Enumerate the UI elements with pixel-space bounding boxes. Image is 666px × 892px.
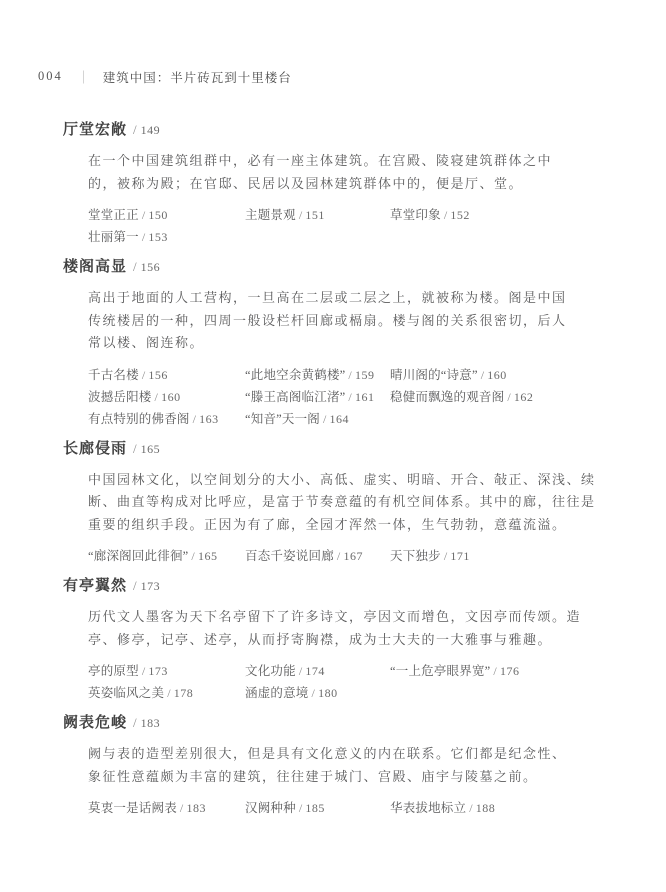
toc-entry: 英姿临风之美/178 xyxy=(88,682,245,704)
toc-entry: 晴川阁的“诗意”/160 xyxy=(390,364,623,386)
toc-entry: 有点特别的佛香阁/163 xyxy=(88,408,245,430)
entry-separator: / xyxy=(337,549,341,563)
toc-entry: “知音”天一阁/164 xyxy=(245,408,390,430)
toc-entry-page: 160 xyxy=(161,390,181,404)
toc-entry-label: 亭的原型 xyxy=(88,664,139,678)
toc-entry-page: 150 xyxy=(148,208,168,222)
section-page-number: 183 xyxy=(141,716,161,730)
section-page-number: 165 xyxy=(141,442,161,456)
entry-separator: / xyxy=(142,664,146,678)
toc-entry-page: 183 xyxy=(186,801,206,815)
section-description: 中国园林文化，以空间划分的大小、高低、虚实、明暗、开合、敧正、深浅、续 断、曲直… xyxy=(88,469,600,537)
toc-entry: 壮丽第一/153 xyxy=(88,226,245,248)
description-line: 断、曲直等构成对比呼应，是富于节奏意蕴的有机空间体系。其中的廊，往往是 xyxy=(88,491,600,514)
toc-entry-label: “廊深阁回此徘徊” xyxy=(88,549,188,563)
toc-entry: 亭的原型/173 xyxy=(88,660,245,682)
toc-entry-page: 178 xyxy=(174,686,194,700)
toc-entry: “一上危亭眼界宽”/176 xyxy=(390,660,623,682)
toc-entry-page: 167 xyxy=(343,549,363,563)
title-separator: / xyxy=(133,122,137,137)
entry-separator: / xyxy=(469,801,473,815)
toc-entry: 文化功能/174 xyxy=(245,660,390,682)
section-title-text: 楼阁高显 xyxy=(63,258,127,275)
section-title: 楼阁高显/156 xyxy=(63,257,623,277)
toc-entry-page: 174 xyxy=(305,664,325,678)
title-separator: / xyxy=(133,578,137,593)
toc-entry: 堂堂正正/150 xyxy=(88,204,245,226)
entry-separator: / xyxy=(323,412,327,426)
entry-separator: / xyxy=(299,208,303,222)
toc-entry-label: 稳健而飘逸的观音阁 xyxy=(390,390,504,404)
toc-section-changlang: 长廊侵雨/165 中国园林文化，以空间划分的大小、高低、虚实、明暗、开合、敧正、… xyxy=(63,439,623,568)
toc-entry-page: 151 xyxy=(305,208,325,222)
toc-entry: 波撼岳阳楼/160 xyxy=(88,386,245,408)
toc-entry: 草堂印象/152 xyxy=(390,204,623,226)
entry-separator: / xyxy=(180,801,184,815)
section-description: 历代文人墨客为天下名亭留下了许多诗文，亭因文而增色，文因亭而传颂。造 亭、修亭，… xyxy=(88,606,600,651)
toc-entry-page: 160 xyxy=(487,368,507,382)
toc-entry-label: 千古名楼 xyxy=(88,368,139,382)
section-description: 在一个中国建筑组群中，必有一座主体建筑。在宫殿、陵寝建筑群体之中 的，被称为殿；… xyxy=(88,150,600,195)
entry-separator: / xyxy=(312,686,316,700)
toc-section-youting: 有亭翼然/173 历代文人墨客为天下名亭留下了许多诗文，亭因文而增色，文因亭而传… xyxy=(63,576,623,704)
toc-entry-label: “一上危亭眼界宽” xyxy=(390,664,490,678)
description-line: 在一个中国建筑组群中，必有一座主体建筑。在宫殿、陵寝建筑群体之中 xyxy=(88,150,600,173)
toc-section-quebiao: 阙表危峻/183 阙与表的造型差别很大，但是具有文化意义的内在联系。它们都是纪念… xyxy=(63,713,623,819)
toc-entry: 百态千姿说回廊/167 xyxy=(245,545,390,567)
description-line: 阙与表的造型差别很大，但是具有文化意义的内在联系。它们都是纪念性、 xyxy=(88,743,600,766)
toc-entry-label: 莫衷一是话阙表 xyxy=(88,801,177,815)
entry-separator: / xyxy=(481,368,485,382)
entry-separator: / xyxy=(155,390,159,404)
section-description: 高出于地面的人工营构，一旦高在二层或二层之上，就被称为楼。阁是中国 传统楼居的一… xyxy=(88,287,600,355)
entry-separator: / xyxy=(299,664,303,678)
section-title: 有亭翼然/173 xyxy=(63,576,623,596)
section-title-text: 有亭翼然 xyxy=(63,577,127,594)
description-line: 重要的组织手段。正因为有了廊，全园才浑然一体，生气勃勃，意蕴流溢。 xyxy=(88,514,600,537)
toc-entry-page: 180 xyxy=(318,686,338,700)
toc-entry-page: 185 xyxy=(305,801,325,815)
section-title: 厅堂宏敞/149 xyxy=(63,120,623,140)
header-divider: ｜ xyxy=(80,67,88,86)
section-title-text: 厅堂宏敞 xyxy=(63,121,127,138)
toc-entry-label: 主题景观 xyxy=(245,208,296,222)
toc-entry-label: 有点特别的佛香阁 xyxy=(88,412,190,426)
toc-entry: “廊深阁回此徘徊”/165 xyxy=(88,545,245,567)
toc-entry-label: “此地空余黄鹤楼” xyxy=(245,368,345,382)
description-line: 传统楼居的一种，四周一般设栏杆回廊或槅扇。楼与阁的关系很密切，后人 xyxy=(88,310,600,333)
entry-separator: / xyxy=(299,801,303,815)
toc-entry: 汉阙种种/185 xyxy=(245,797,390,819)
description-line: 常以楼、阁连称。 xyxy=(88,332,600,355)
title-separator: / xyxy=(133,441,137,456)
page-number: 004 xyxy=(38,69,63,84)
entry-separator: / xyxy=(142,208,146,222)
toc-entry-page: 161 xyxy=(355,390,375,404)
entry-separator: / xyxy=(167,686,171,700)
toc-entry-label: 百态千姿说回廊 xyxy=(245,549,334,563)
toc-entry: 天下独步/171 xyxy=(390,545,623,567)
toc-entry-label: 华表拔地标立 xyxy=(390,801,466,815)
toc-section-louge: 楼阁高显/156 高出于地面的人工营构，一旦高在二层或二层之上，就被称为楼。阁是… xyxy=(63,257,623,430)
toc-entry-page: 173 xyxy=(148,664,168,678)
toc-entry-label: 汉阙种种 xyxy=(245,801,296,815)
entry-separator: / xyxy=(507,390,511,404)
title-separator: / xyxy=(133,259,137,274)
toc-entry-page: 162 xyxy=(514,390,534,404)
toc-entry: 稳健而飘逸的观音阁/162 xyxy=(390,386,623,408)
toc-entry: 千古名楼/156 xyxy=(88,364,245,386)
toc-entry-label: “滕王高阁临江渚” xyxy=(245,390,345,404)
entry-separator: / xyxy=(191,549,195,563)
toc-entry-page: 152 xyxy=(450,208,470,222)
toc-entry-page: 153 xyxy=(148,230,168,244)
toc-entry-page: 188 xyxy=(476,801,496,815)
description-line: 亭、修亭，记亭、述亭，从而抒寄胸襟，成为士大夫的一大雅事与雅趣。 xyxy=(88,629,600,652)
toc-entry-label: 天下独步 xyxy=(390,549,441,563)
section-title: 阙表危峻/183 xyxy=(63,713,623,733)
toc-entry-page: 171 xyxy=(450,549,470,563)
toc-entry-label: 草堂印象 xyxy=(390,208,441,222)
table-of-contents: 厅堂宏敞/149 在一个中国建筑组群中，必有一座主体建筑。在宫殿、陵寝建筑群体之… xyxy=(63,120,623,828)
toc-entry: 主题景观/151 xyxy=(245,204,390,226)
toc-entry-label: 堂堂正正 xyxy=(88,208,139,222)
toc-entry: 华表拔地标立/188 xyxy=(390,797,623,819)
section-entries: “廊深阁回此徘徊”/165 百态千姿说回廊/167 天下独步/171 xyxy=(88,545,623,567)
section-entries: 堂堂正正/150 主题景观/151 草堂印象/152 壮丽第一/153 xyxy=(88,204,623,248)
toc-entry-label: 波撼岳阳楼 xyxy=(88,390,152,404)
entry-separator: / xyxy=(348,368,352,382)
description-line: 象征性意蕴颇为丰富的建筑，往往建于城门、宫殿、庙宇与陵墓之前。 xyxy=(88,766,600,789)
entry-separator: / xyxy=(193,412,197,426)
description-line: 的，被称为殿；在官邸、民居以及园林建筑群体中的，便是厅、堂。 xyxy=(88,173,600,196)
toc-entry-page: 164 xyxy=(330,412,350,426)
toc-entry-page: 163 xyxy=(199,412,219,426)
section-title: 长廊侵雨/165 xyxy=(63,439,623,459)
section-description: 阙与表的造型差别很大，但是具有文化意义的内在联系。它们都是纪念性、 象征性意蕴颇… xyxy=(88,743,600,788)
entry-separator: / xyxy=(444,549,448,563)
toc-entry-page: 176 xyxy=(500,664,520,678)
section-page-number: 173 xyxy=(141,579,161,593)
description-line: 历代文人墨客为天下名亭留下了许多诗文，亭因文而增色，文因亭而传颂。造 xyxy=(88,606,600,629)
toc-entry: “此地空余黄鹤楼”/159 xyxy=(245,364,390,386)
entry-separator: / xyxy=(493,664,497,678)
toc-entry-label: 英姿临风之美 xyxy=(88,686,164,700)
description-line: 高出于地面的人工营构，一旦高在二层或二层之上，就被称为楼。阁是中国 xyxy=(88,287,600,310)
section-page-number: 156 xyxy=(141,260,161,274)
book-title: 建筑中国：半片砖瓦到十里楼台 xyxy=(103,68,292,86)
section-entries: 莫衷一是话阙表/183 汉阙种种/185 华表拔地标立/188 xyxy=(88,797,623,819)
entry-separator: / xyxy=(444,208,448,222)
entry-separator: / xyxy=(348,390,352,404)
toc-entry-label: 晴川阁的“诗意” xyxy=(390,368,478,382)
description-line: 中国园林文化，以空间划分的大小、高低、虚实、明暗、开合、敧正、深浅、续 xyxy=(88,469,600,492)
toc-entry-page: 159 xyxy=(355,368,375,382)
toc-entry-label: 壮丽第一 xyxy=(88,230,139,244)
toc-section-tingtang: 厅堂宏敞/149 在一个中国建筑组群中，必有一座主体建筑。在宫殿、陵寝建筑群体之… xyxy=(63,120,623,248)
entry-separator: / xyxy=(142,368,146,382)
toc-entry: 涵虚的意境/180 xyxy=(245,682,390,704)
toc-entry-label: 文化功能 xyxy=(245,664,296,678)
toc-entry: “滕王高阁临江渚”/161 xyxy=(245,386,390,408)
toc-entry: 莫衷一是话阙表/183 xyxy=(88,797,245,819)
toc-entry-page: 156 xyxy=(148,368,168,382)
toc-entry-label: 涵虚的意境 xyxy=(245,686,309,700)
section-entries: 千古名楼/156 “此地空余黄鹤楼”/159 晴川阁的“诗意”/160 波撼岳阳… xyxy=(88,364,623,430)
section-page-number: 149 xyxy=(141,123,161,137)
section-entries: 亭的原型/173 文化功能/174 “一上危亭眼界宽”/176 英姿临风之美/1… xyxy=(88,660,623,704)
entry-separator: / xyxy=(142,230,146,244)
page-header: 004 ｜ 建筑中国：半片砖瓦到十里楼台 xyxy=(38,67,292,86)
book-page: 004 ｜ 建筑中国：半片砖瓦到十里楼台 厅堂宏敞/149 在一个中国建筑组群中… xyxy=(0,0,666,892)
section-title-text: 阙表危峻 xyxy=(63,714,127,731)
section-title-text: 长廊侵雨 xyxy=(63,440,127,457)
title-separator: / xyxy=(133,715,137,730)
toc-entry-label: “知音”天一阁 xyxy=(245,412,320,426)
toc-entry-page: 165 xyxy=(198,549,218,563)
